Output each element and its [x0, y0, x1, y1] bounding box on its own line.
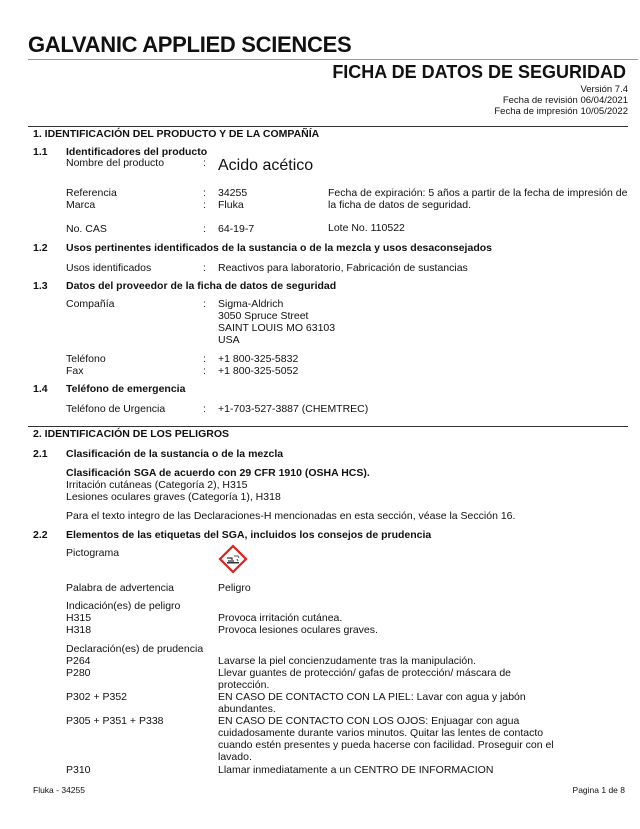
colon: :	[203, 365, 206, 377]
address-line: Sigma-Aldrich	[218, 298, 283, 310]
hazard-code: H315	[66, 612, 91, 624]
cas-value: 64-19-7	[218, 223, 254, 235]
version: Versión 7.4	[580, 84, 628, 95]
precaution-code: P310	[66, 764, 91, 776]
print-date: Fecha de impresión 10/05/2022	[494, 106, 628, 117]
corrosion-icon	[218, 544, 248, 574]
colon: :	[203, 353, 206, 365]
header-divider	[28, 59, 638, 60]
address-line: SAINT LOUIS MO 63103	[218, 322, 335, 334]
precaution-code: P264	[66, 655, 91, 667]
precaution-text: protección.	[218, 679, 269, 691]
cas-label: No. CAS	[66, 223, 107, 235]
subsection-number: 2.1	[33, 448, 48, 460]
address-line: 3050 Spruce Street	[218, 310, 308, 322]
precaution-text: lavado.	[218, 751, 252, 763]
hazard-text: Provoca irritación cutánea.	[218, 612, 342, 624]
precaution-text: Llamar inmediatamente a un CENTRO DE INF…	[218, 764, 493, 776]
uses-value: Reactivos para laboratorio, Fabricación …	[218, 262, 468, 274]
subsection-title: Usos pertinentes identificados de la sus…	[66, 242, 492, 254]
precaution-text: Llevar guantes de protección/ gafas de p…	[218, 667, 511, 679]
fax-value: +1 800-325-5052	[218, 365, 298, 377]
fax-label: Fax	[66, 365, 84, 377]
subsection-number: 1.3	[33, 280, 48, 292]
pictogram-label: Pictograma	[66, 547, 119, 559]
colon: :	[203, 403, 206, 415]
precaution-code: P280	[66, 667, 91, 679]
classification-item: Irritación cutáneas (Categoría 2), H315	[66, 479, 248, 491]
phone-value: +1 800-325-5832	[218, 353, 298, 365]
precaution-text: Lavarse la piel concienzudamente tras la…	[218, 655, 476, 667]
signal-word-label: Palabra de advertencia	[66, 582, 174, 594]
hazard-code: H318	[66, 624, 91, 636]
uses-label: Usos identificados	[66, 262, 151, 274]
company-name: GALVANIC APPLIED SCIENCES	[28, 32, 351, 58]
precautionary-statements-label: Declaración(es) de prudencia	[66, 643, 203, 655]
expiry-note-cont: la ficha de datos de seguridad.	[328, 199, 471, 211]
product-name-label: Nombre del producto	[66, 157, 164, 169]
precaution-text: abundantes.	[218, 703, 276, 715]
reference-label: Referencia	[66, 187, 117, 199]
emergency-label: Teléfono de Urgencia	[66, 403, 165, 415]
revision-date: Fecha de revisión 06/04/2021	[503, 95, 628, 106]
subsection-title: Elementos de las etiquetas del SGA, incl…	[66, 529, 431, 541]
section-2-divider	[28, 426, 628, 427]
precaution-text: cuando estén presentes y pueda hacerse c…	[218, 739, 554, 751]
section-2-title: 2. IDENTIFICACIÓN DE LOS PELIGROS	[33, 428, 229, 440]
section-1-divider	[28, 126, 628, 127]
colon: :	[203, 262, 206, 274]
emergency-value: +1-703-527-3887 (CHEMTREC)	[218, 403, 368, 415]
subsection-number: 1.1	[33, 146, 48, 158]
subsection-title: Datos del proveedor de la ficha de datos…	[66, 280, 336, 292]
hazard-text: Provoca lesiones oculares graves.	[218, 624, 378, 636]
colon: :	[203, 157, 206, 169]
sga-classification-title: Clasificación SGA de acuerdo con 29 CFR …	[66, 467, 370, 479]
classification-item: Lesiones oculares graves (Categoría 1), …	[66, 491, 281, 503]
footer-product-ref: Fluka - 34255	[33, 785, 85, 795]
precaution-text: EN CASO DE CONTACTO CON LA PIEL: Lavar c…	[218, 691, 526, 703]
signal-word: Peligro	[218, 582, 251, 594]
document-title: FICHA DE DATOS DE SEGURIDAD	[332, 62, 626, 83]
expiry-note: Fecha de expiración: 5 años a partir de …	[328, 187, 627, 199]
colon: :	[203, 187, 206, 199]
subsection-number: 1.4	[33, 383, 48, 395]
product-name: Acido acético	[218, 157, 313, 175]
precaution-text: EN CASO DE CONTACTO CON LOS OJOS: Enjuag…	[218, 715, 519, 727]
brand-label: Marca	[66, 199, 95, 211]
section-1-title: 1. IDENTIFICACIÓN DEL PRODUCTO Y DE LA C…	[33, 128, 319, 140]
address-line: USA	[218, 334, 240, 346]
precaution-code: P302 + P352	[66, 691, 127, 703]
brand-value: Fluka	[218, 199, 244, 211]
precaution-code: P305 + P351 + P338	[66, 715, 164, 727]
company-label: Compañía	[66, 298, 114, 310]
page-number: Pagina 1 de 8	[573, 785, 625, 795]
reference-value: 34255	[218, 187, 247, 199]
subsection-number: 2.2	[33, 529, 48, 541]
h-statements-note: Para el texto integro de las Declaracion…	[66, 510, 515, 522]
colon: :	[203, 199, 206, 211]
subsection-title: Teléfono de emergencia	[66, 383, 185, 395]
colon: :	[203, 223, 206, 235]
hazard-statements-label: Indicación(es) de peligro	[66, 600, 180, 612]
subsection-title: Clasificación de la sustancia o de la me…	[66, 448, 283, 460]
lot-number: Lote No. 110522	[328, 222, 405, 234]
subsection-number: 1.2	[33, 242, 48, 254]
precaution-text: cuidadosamente durante varios minutos. Q…	[218, 727, 543, 739]
phone-label: Teléfono	[66, 353, 106, 365]
colon: :	[203, 298, 206, 310]
